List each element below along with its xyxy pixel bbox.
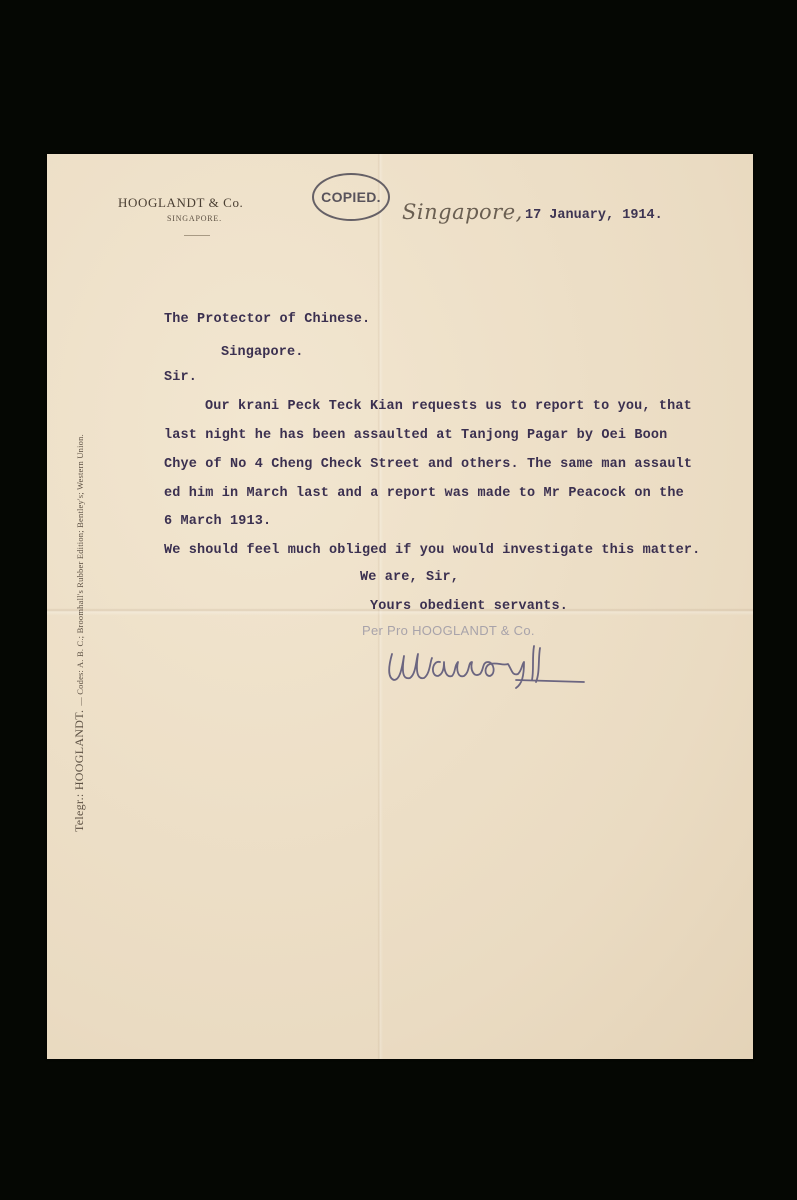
body-line: Chye of No 4 Cheng Check Street and othe… <box>164 457 692 472</box>
closing-line-1: We are, Sir, <box>360 570 459 585</box>
body-line: ed him in March last and a report was ma… <box>164 486 684 501</box>
closing-line-2: Yours obedient servants. <box>370 599 568 614</box>
addressee-line-1: The Protector of Chinese. <box>164 312 370 327</box>
body-line: We should feel much obliged if you would… <box>164 543 700 558</box>
copied-stamp: COPIED. <box>312 173 390 221</box>
body-line: 6 March 1913. <box>164 514 271 529</box>
body-line: Our krani Peck Teck Kian requests us to … <box>205 399 692 414</box>
place-script: Singapore, <box>402 200 523 224</box>
letter-date: 17 January, 1914. <box>525 208 663 223</box>
body-line: last night he has been assaulted at Tanj… <box>164 428 667 443</box>
salutation: Sir. <box>164 370 197 385</box>
margin-codes: — Codes: A. B. C.; Broomhall's Rubber Ed… <box>75 434 85 706</box>
addressee-line-2: Singapore. <box>221 345 304 360</box>
per-pro-stamp: Per Pro HOOGLANDT & Co. <box>362 623 535 638</box>
signature <box>384 640 594 690</box>
letterhead-city: SINGAPORE. <box>167 214 222 223</box>
margin-telegraph-codes: Telegr.: HOOGLANDT. — Codes: A. B. C.; B… <box>70 434 88 832</box>
stamp-text: COPIED. <box>321 189 381 205</box>
letterhead-company: HOOGLANDT & Co. <box>118 195 243 211</box>
margin-telegraph: Telegr.: HOOGLANDT. <box>72 710 86 832</box>
letterhead-divider <box>184 235 210 236</box>
